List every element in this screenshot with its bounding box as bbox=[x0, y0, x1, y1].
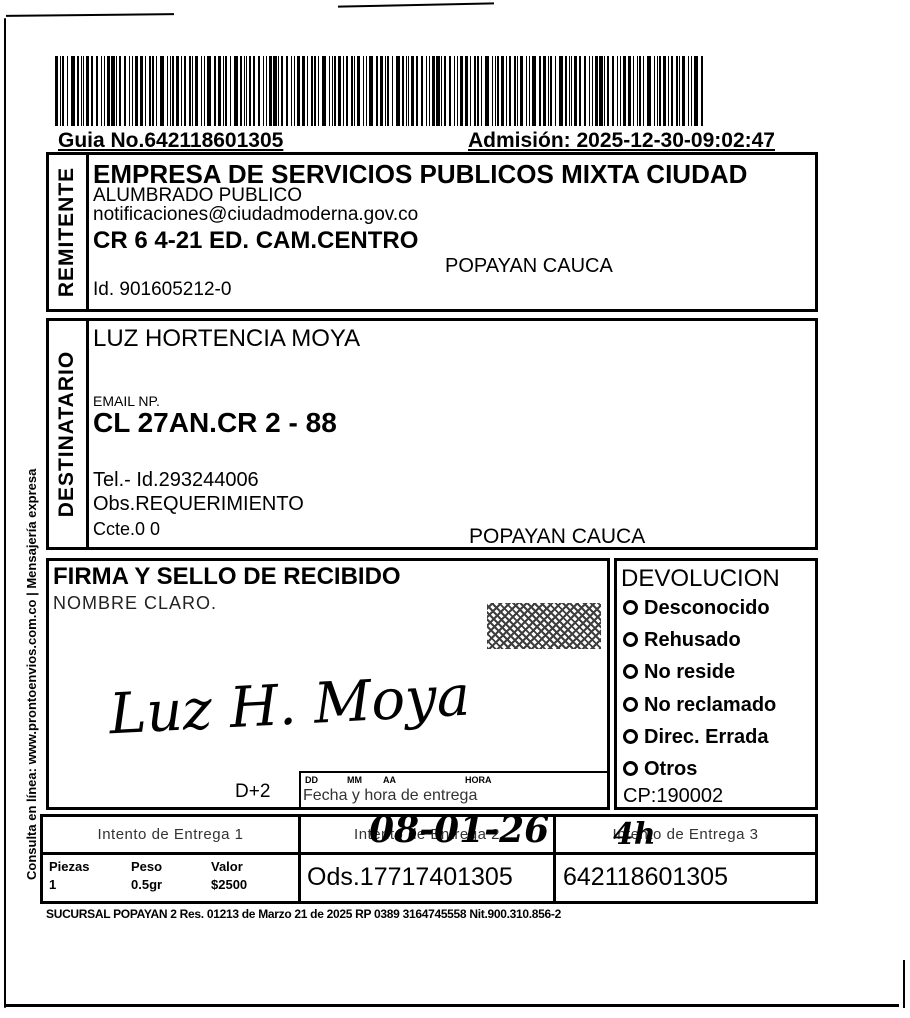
delivery-datetime-label: Fecha y hora de entrega bbox=[303, 787, 477, 805]
recipient-obs: Obs.REQUERIMIENTO bbox=[93, 493, 304, 516]
handwritten-signature: Luz H. Moya bbox=[108, 664, 472, 748]
delivery-datetime-field[interactable]: DD MM AA HORA Fecha y hora de entrega bbox=[299, 771, 607, 809]
guide-number: 642118601305 bbox=[563, 863, 728, 892]
return-option-not-reside[interactable]: No reside bbox=[623, 661, 735, 684]
paper-edge bbox=[338, 2, 494, 7]
radio-icon bbox=[623, 697, 638, 712]
sender-city: POPAYAN CAUCA bbox=[445, 255, 613, 278]
sender-id: Id. 901605212-0 bbox=[93, 279, 231, 301]
stamp-mark bbox=[487, 603, 601, 649]
month-header: MM bbox=[347, 775, 362, 785]
recipient-tel: Tel.- Id.293244006 bbox=[93, 469, 259, 492]
recipient-label: DESTINATARIO bbox=[49, 321, 89, 547]
sender-section: REMITENTE EMPRESA DE SERVICIOS PUBLICOS … bbox=[46, 152, 818, 312]
delivery-term: D+2 bbox=[235, 781, 270, 803]
weight-value: 0.5gr bbox=[131, 877, 162, 892]
return-option-other[interactable]: Otros bbox=[623, 758, 697, 781]
handwritten-note: 4h bbox=[613, 817, 656, 852]
radio-icon bbox=[623, 664, 638, 679]
delivery-attempts-table: Intento de Entrega 1 Intento de Entrega … bbox=[40, 814, 818, 904]
paper-edge bbox=[6, 13, 174, 17]
paper-edge bbox=[4, 1004, 899, 1007]
recipient-section: DESTINATARIO LUZ HORTENCIA MOYA EMAIL NP… bbox=[46, 318, 818, 550]
radio-icon bbox=[623, 761, 638, 776]
year-header: AA bbox=[383, 775, 396, 785]
sender-email: notificaciones@ciudadmoderna.gov.co bbox=[93, 204, 418, 226]
recipient-city: POPAYAN CAUCA bbox=[469, 525, 645, 549]
return-option-unknown[interactable]: Desconocido bbox=[623, 597, 770, 620]
guia-number: Guia No.642118601305 bbox=[58, 129, 283, 153]
sender-address: CR 6 4-21 ED. CAM.CENTRO bbox=[93, 227, 418, 255]
admission-date: Admisión: 2025-12-30-09:02:47 bbox=[468, 129, 775, 153]
return-title: DEVOLUCION bbox=[621, 565, 780, 593]
barcode bbox=[55, 56, 705, 126]
radio-icon bbox=[623, 632, 638, 647]
return-option-refused[interactable]: Rehusado bbox=[623, 629, 741, 652]
recipient-name: LUZ HORTENCIA MOYA bbox=[93, 325, 360, 353]
ods-number: Ods.17717401305 bbox=[307, 863, 513, 892]
radio-icon bbox=[623, 729, 638, 744]
signature-section: FIRMA Y SELLO DE RECIBIDO NOMBRE CLARO. … bbox=[46, 558, 610, 810]
return-option-unclaimed[interactable]: No reclamado bbox=[623, 694, 776, 717]
recipient-address: CL 27AN.CR 2 - 88 bbox=[93, 407, 337, 439]
pieces-value: 1 bbox=[49, 877, 56, 892]
return-option-wrong-address[interactable]: Direc. Errada bbox=[623, 726, 769, 749]
divider bbox=[298, 817, 301, 901]
postal-code: CP:190002 bbox=[623, 785, 723, 808]
sender-label: REMITENTE bbox=[49, 155, 89, 309]
pieces-header: Piezas bbox=[49, 859, 89, 874]
divider bbox=[553, 817, 556, 901]
footer-branch-info: SUCURSAL POPAYAN 2 Res. 01213 de Marzo 2… bbox=[46, 907, 561, 921]
day-header: DD bbox=[305, 775, 318, 785]
paper-edge bbox=[4, 18, 6, 1008]
value-header: Valor bbox=[211, 859, 243, 874]
return-section: DEVOLUCION Desconocido Rehusado No resid… bbox=[614, 558, 818, 810]
attempt-3-cell[interactable]: Intento de Entrega 3 bbox=[556, 817, 815, 852]
attempt-1-cell[interactable]: Intento de Entrega 1 bbox=[43, 817, 298, 852]
paper-edge bbox=[903, 960, 905, 1008]
name-clear-label: NOMBRE CLARO. bbox=[53, 593, 217, 614]
weight-header: Peso bbox=[131, 859, 162, 874]
handwritten-date: 08-01-26 bbox=[369, 809, 549, 851]
declared-value: $2500 bbox=[211, 877, 247, 892]
radio-icon bbox=[623, 600, 638, 615]
recipient-ccte: Ccte.0 0 bbox=[93, 519, 160, 540]
hour-header: HORA bbox=[465, 775, 492, 785]
signature-title: FIRMA Y SELLO DE RECIBIDO bbox=[53, 563, 401, 591]
